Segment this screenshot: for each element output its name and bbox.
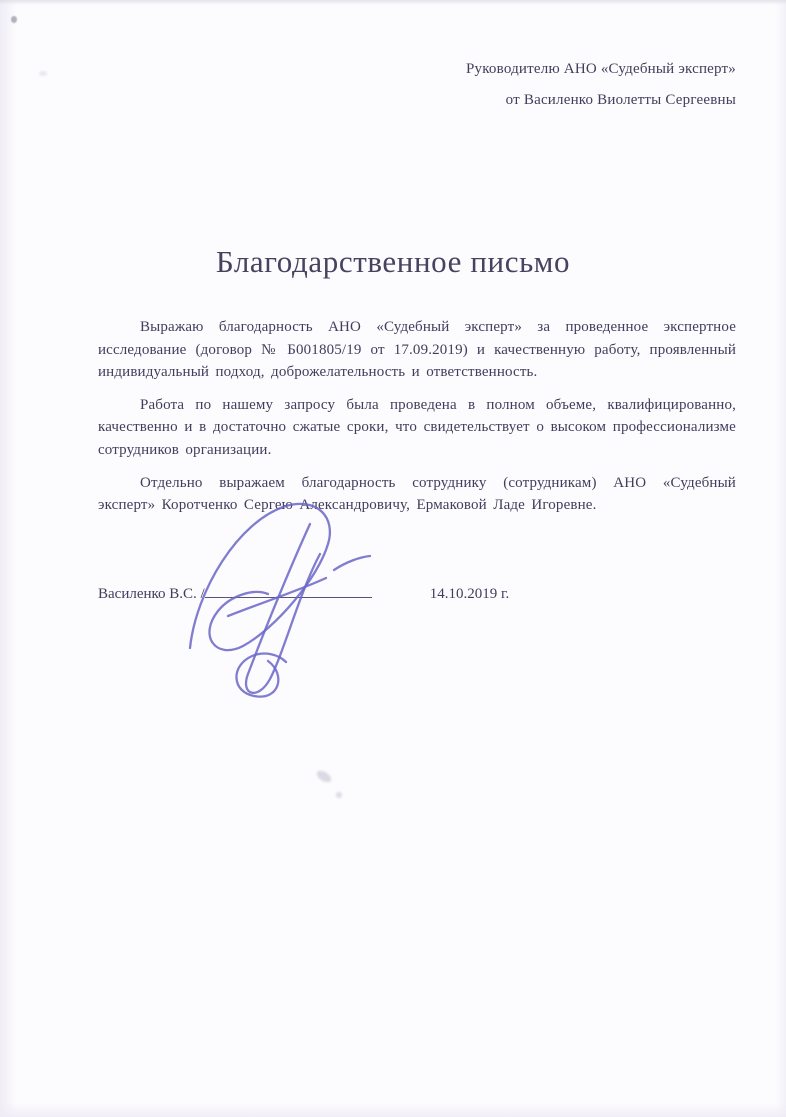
scan-speck bbox=[336, 792, 342, 798]
paragraph-quality: Работа по нашему запросу была проведена … bbox=[98, 394, 736, 462]
letter-addressee-block: Руководителю АНО «Судебный эксперт» от В… bbox=[0, 0, 786, 116]
signature-row: Василенко В.С. / 14.10.2019 г. bbox=[98, 583, 736, 603]
scanned-letter-page: Руководителю АНО «Судебный эксперт» от В… bbox=[0, 0, 786, 1117]
letter-body: Выражаю благодарность АНО «Судебный эксп… bbox=[98, 316, 736, 517]
addressee-line: Руководителю АНО «Судебный эксперт» bbox=[0, 54, 736, 85]
signatory-name: Василенко В.С. / bbox=[98, 586, 205, 603]
sender-line: от Василенко Виолетты Сергеевны bbox=[0, 85, 736, 116]
paragraph-employees: Отдельно выражаем благодарность сотрудни… bbox=[98, 472, 736, 517]
scan-speck bbox=[315, 768, 333, 784]
signature-line bbox=[205, 583, 372, 598]
signature-date: 14.10.2019 г. bbox=[430, 586, 509, 603]
letter-title: Благодарственное письмо bbox=[0, 244, 786, 280]
paragraph-gratitude: Выражаю благодарность АНО «Судебный эксп… bbox=[98, 316, 736, 384]
